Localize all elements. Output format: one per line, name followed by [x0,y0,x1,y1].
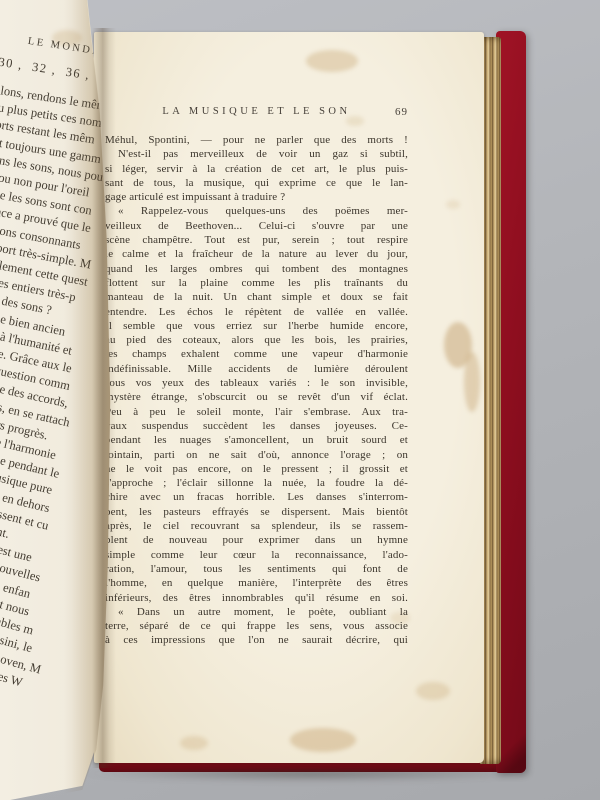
body-text-line: à ces impressions que l'on ne saurait dé… [105,633,408,647]
body-text-line: pendant les nuages s'amoncellent, un bru… [105,433,408,447]
body-text-line: blent de nouveau pour exprimer dans un h… [105,533,408,547]
text-column: LA MUSIQUE ET LE SON 69 Méhul, Spontini,… [105,106,408,648]
body-text-line: simple comme leur cœur la reconnaissance… [105,548,408,562]
body-text-line: sant de tous, la musique, qui exprime ce… [105,176,408,190]
body-text-line: le calme et la fraîcheur de la nature au… [105,247,408,261]
body-text-line: l'homme, en quelque manière, l'interprèt… [105,576,408,590]
body-text-line: chire avec un fracas horrible. Les danse… [105,490,408,504]
foxing-spot [444,322,472,368]
body-text-line: quand les larges ombres qui tombent des … [105,262,408,276]
body-text-line: si léger, servir à la création de cet ar… [105,162,408,176]
body-text-line: scène champêtre. Tout est pur, serein ; … [105,233,408,247]
body-text-line: au pied des coteaux, alors que les bois,… [105,333,408,347]
body-text-line: indéfinissable. Mille accidents de lumiè… [105,362,408,376]
body-text-line: lointain, parti on ne sait d'où, annonce… [105,448,408,462]
body-text-line: « Dans un autre moment, le poète, oublia… [105,605,408,619]
right-page: LA MUSIQUE ET LE SON 69 Méhul, Spontini,… [94,32,484,763]
foxing-spot [306,50,358,72]
body-text-line: Méhul, Spontini, — pour ne parler que de… [105,133,408,147]
body-text-line: les champs exhalent comme une vapeur d'h… [105,347,408,361]
body-text-line: gage articulé est impuissant à traduire … [105,190,408,204]
foxing-spot [290,728,356,752]
photo-backdrop: LA MUSIQUE ET LE SON 69 Méhul, Spontini,… [0,0,600,800]
body-text-line: pent, les pasteurs effrayés se dispersen… [105,505,408,519]
page-number: 69 [395,106,408,118]
body-text-line: terre, séparé de ce qui frappe les sens,… [105,619,408,633]
body-text-line: s'approche ; l'éclair sillonne la nuée, … [105,476,408,490]
body-text-line: ne le voit pas encore, on le pressent ; … [105,462,408,476]
body-text-line: sous vos yeux des tableaux variés : le s… [105,376,408,390]
left-page: LE MONDE AÉRIEN 30 , 32 , 36 , 41 , 4 pl… [0,0,116,800]
running-title: LA MUSIQUE ET LE SON [105,106,408,117]
foxing-spot [416,682,450,700]
body-text-line: « Rappelez-vous quelques-uns des poëmes … [105,204,408,218]
body-text-line: ration, l'amour, tous les sentiments qui… [105,562,408,576]
body-text-line: après, le ciel recouvrant sa splendeur, … [105,519,408,533]
body-text-line: flottent sur la plaine comme les plis tr… [105,276,408,290]
body-text-line: entendre. Les échos le répètent de vallé… [105,305,408,319]
body-text: Méhul, Spontini, — pour ne parler que de… [105,133,408,648]
foxing-spot [464,352,480,412]
body-text-line: vaux suspendus succèdent les danses joye… [105,419,408,433]
body-text-line: manteau de la nuit. Un chant simple et d… [105,290,408,304]
foxing-spot [446,200,460,209]
foxing-spot [180,736,208,750]
body-text-line: mystère étrange, s'obscurcit ou se revêt… [105,390,408,404]
body-text-line: inférieurs, des êtres innombrables qu'il… [105,591,408,605]
book-drop-shadow [86,768,534,782]
body-text-line: N'est-il pas merveilleux de voir un gaz … [105,147,408,161]
body-text-line: Peu à peu le soleil monte, l'air s'embra… [105,405,408,419]
page-header: LA MUSIQUE ET LE SON 69 [105,106,408,121]
body-text-line: Il semble que vous erriez sur l'herbe hu… [105,319,408,333]
body-text-line: veilleux de Beethoven... Celui-ci s'ouvr… [105,219,408,233]
